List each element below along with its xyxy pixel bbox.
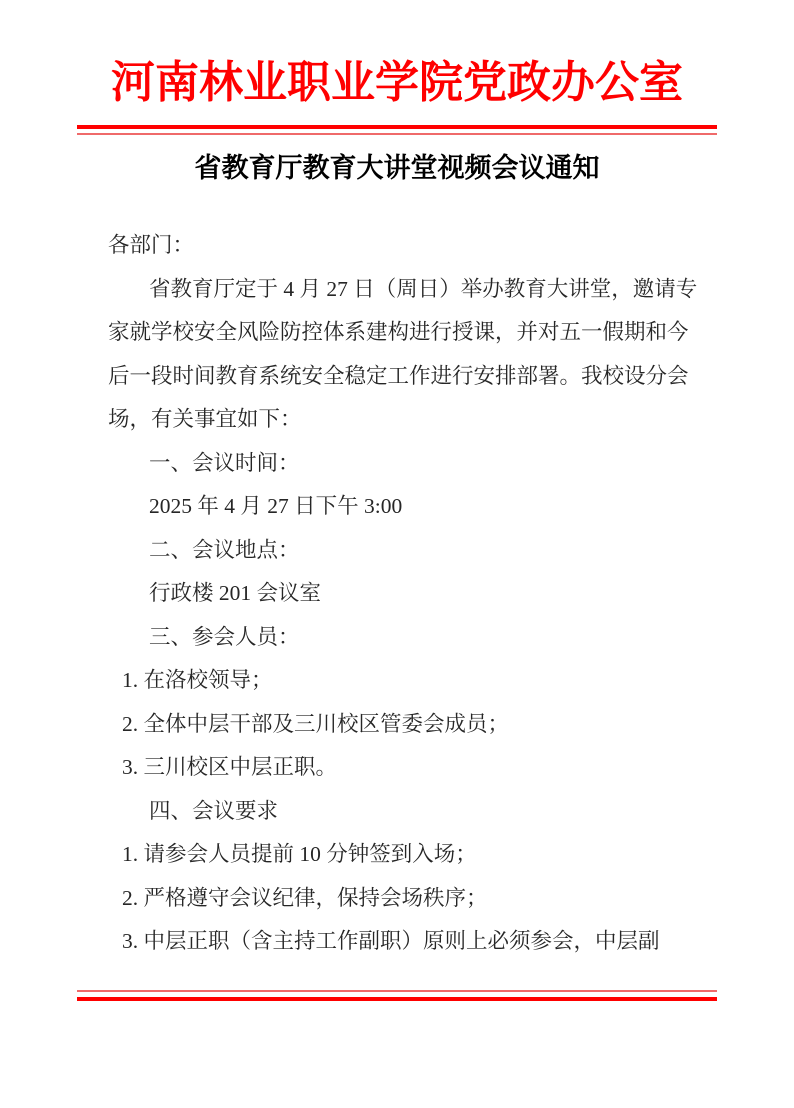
body-line-list-item: 1. 请参会人员提前 10 分钟签到入场； [108,833,714,877]
body-line-list-item: 3. 中层正职（含主持工作副职）原则上必须参会，中层副 [108,920,714,964]
body-line-list-item: 2. 严格遵守会议纪律，保持会场秩序； [108,877,714,921]
letterhead-office-name: 河南林业职业学院党政办公室 [0,56,794,110]
document-title: 省教育厅教育大讲堂视频会议通知 [0,150,794,186]
body-line-section-heading: 二、会议地点： [108,529,714,573]
document-page: 河南林业职业学院党政办公室 省教育厅教育大讲堂视频会议通知 各部门： 省教育厅定… [0,0,794,1108]
body-line-section-heading: 一、会议时间： [108,442,714,486]
footer-divider-thick [77,997,717,1001]
document-body: 各部门： 省教育厅定于 4 月 27 日（周日）举办教育大讲堂，邀请专 家就学校… [108,224,714,964]
body-line-section-heading: 四、会议要求 [108,790,714,834]
footer-divider-thin [77,990,717,992]
body-line: 2025 年 4 月 27 日下午 3:00 [108,485,714,529]
body-line: 行政楼 201 会议室 [108,572,714,616]
header-divider-thick [77,125,717,129]
body-line: 场，有关事宜如下： [108,398,714,442]
header-divider-thin [77,133,717,135]
body-line: 省教育厅定于 4 月 27 日（周日）举办教育大讲堂，邀请专 [108,268,714,312]
body-line-list-item: 2. 全体中层干部及三川校区管委会成员； [108,703,714,747]
body-line-list-item: 1. 在洛校领导； [108,659,714,703]
body-line-section-heading: 三、参会人员： [108,616,714,660]
body-line: 后一段时间教育系统安全稳定工作进行安排部署。我校设分会 [108,355,714,399]
body-line-salutation: 各部门： [108,224,714,268]
body-line: 家就学校安全风险防控体系建构进行授课，并对五一假期和今 [108,311,714,355]
body-line-list-item: 3. 三川校区中层正职。 [108,746,714,790]
